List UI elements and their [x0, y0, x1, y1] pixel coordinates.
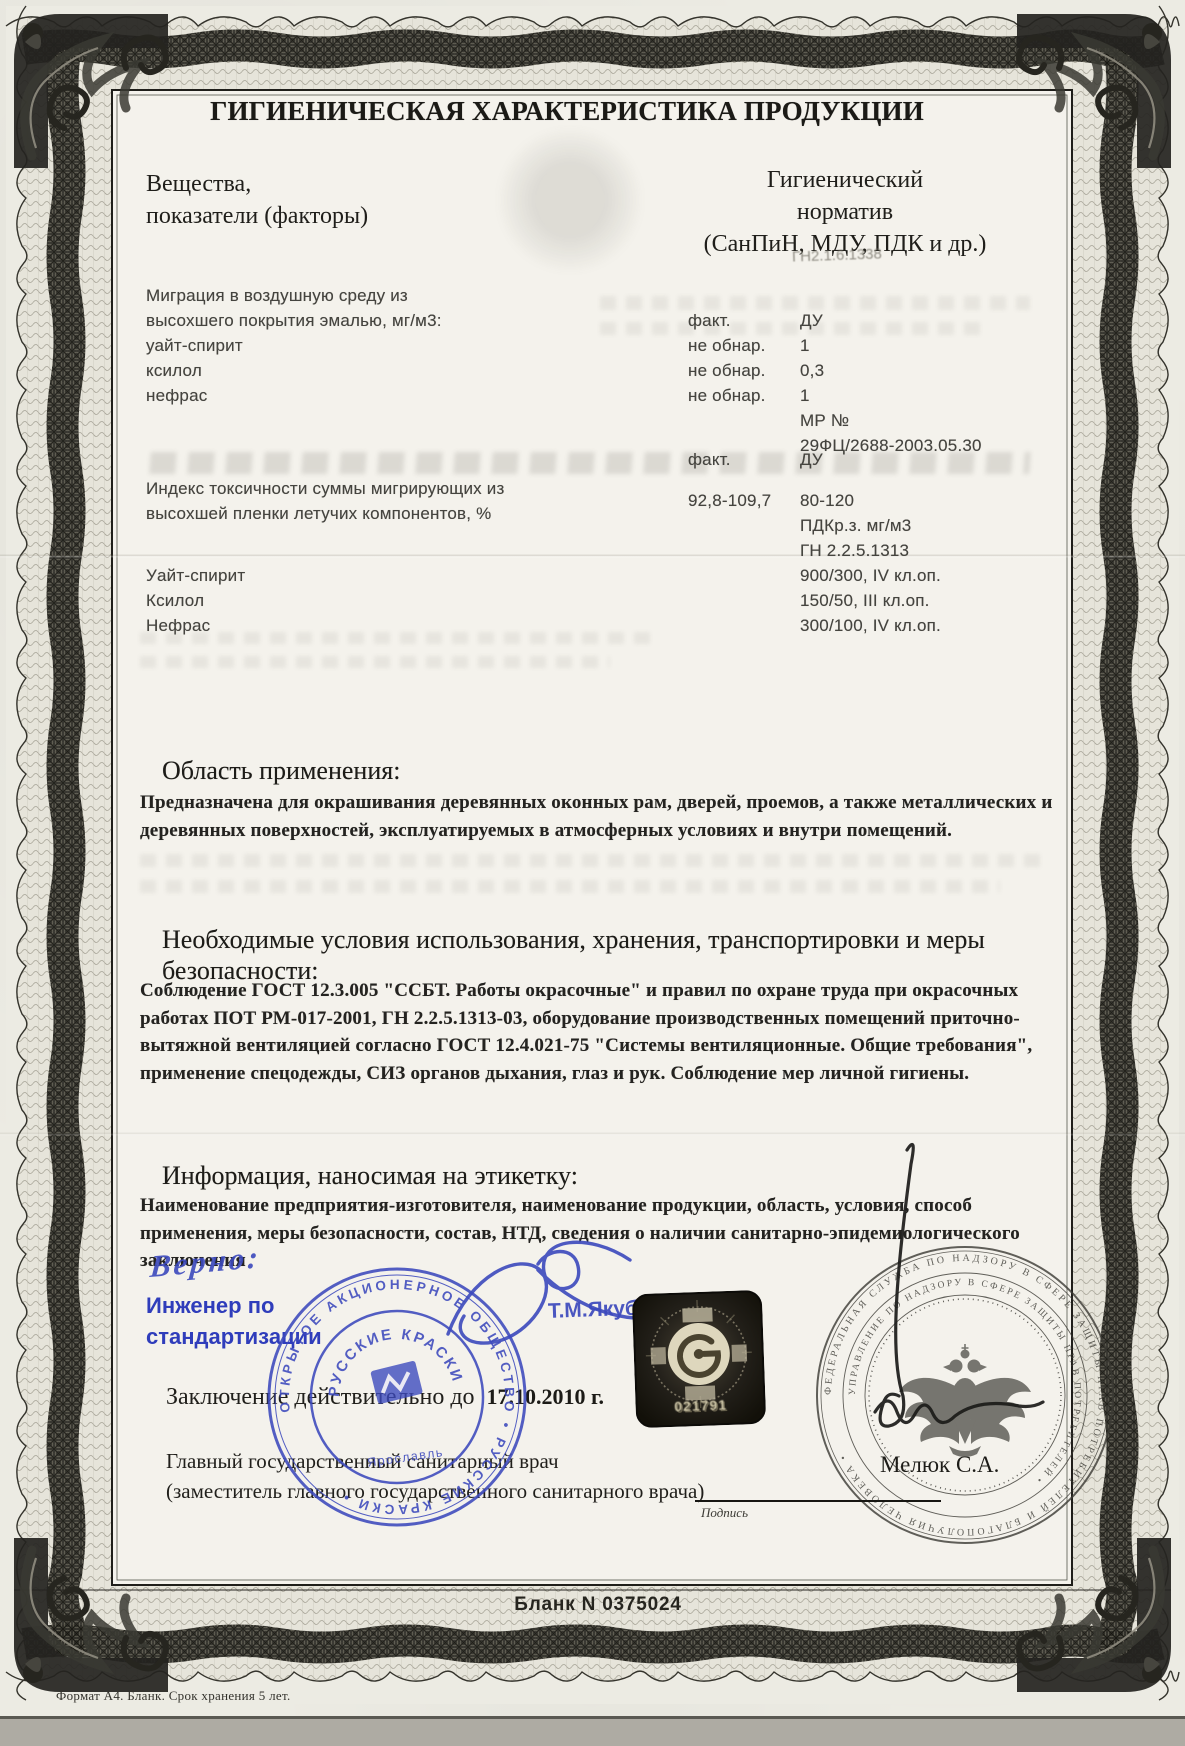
signature-line — [695, 1500, 941, 1502]
toxicity-norm-values: 80-120 ПДКр.з. мг/м3 ГН 2.2.5.1313 900/3… — [800, 488, 941, 638]
blank-number: Бланк N 0375024 — [118, 1594, 1078, 1616]
bleedthrough-artifact — [140, 880, 1000, 893]
scope-heading: Область применения: — [162, 755, 400, 786]
migration-norm-values: ДУ 1 0,3 1 МР № 29ФЦ/2688-2003.05.30 — [800, 308, 982, 458]
certificate-sheet: ГИГИЕНИЧЕСКАЯ ХАРАКТЕРИСТИКА ПРОДУКЦИИ В… — [0, 0, 1185, 1716]
toxicity-norm-header: ДУ — [800, 447, 823, 472]
doctor-name: Мелюк С.А. — [880, 1452, 999, 1478]
migration-label: Миграция в воздушную среду из высохшего … — [146, 283, 442, 408]
scope-body: Предназначена для окрашивания деревянных… — [140, 789, 1140, 844]
bleedthrough-artifact — [495, 125, 645, 275]
column-header-right: Гигиенический норматив (СанПиН, МДУ, ПДК… — [690, 164, 1000, 260]
signature-caption: Подпись — [701, 1505, 748, 1521]
doctor-signature-stroke — [845, 1128, 1075, 1468]
bleedthrough-artifact — [140, 656, 610, 668]
substances-list: Уайт-спирит Ксилол Нефрас — [146, 563, 245, 638]
migration-fact-values: факт. не обнар. не обнар. не обнар. — [688, 308, 766, 408]
bleedthrough-artifact — [140, 854, 1040, 867]
paper-crease — [0, 554, 1185, 558]
page-title: ГИГИЕНИЧЕСКАЯ ХАРАКТЕРИСТИКА ПРОДУКЦИИ — [112, 96, 1022, 127]
stamp-city-text: Ярославль — [366, 1445, 444, 1470]
footer-note: Формат А4. Бланк. Срок хранения 5 лет. — [56, 1688, 291, 1704]
toxicity-fact-header: факт. — [688, 447, 731, 472]
toxicity-fact-value: 92,8-109,7 — [688, 488, 771, 513]
label-info-heading: Информация, наносимая на этикетку: — [162, 1160, 578, 1191]
ghost-code: ГН2.1.6.1338 — [792, 245, 882, 265]
toxicity-label: Индекс токсичности суммы мигрирующих из … — [146, 476, 504, 526]
column-header-left: Вещества, показатели (факторы) — [146, 168, 368, 232]
hologram-number: 021791 — [674, 1397, 727, 1415]
conditions-body: Соблюдение ГОСТ 12.3.005 "ССБТ. Работы о… — [140, 977, 1140, 1087]
hologram-sticker: 021791 021791 — [632, 1290, 767, 1428]
